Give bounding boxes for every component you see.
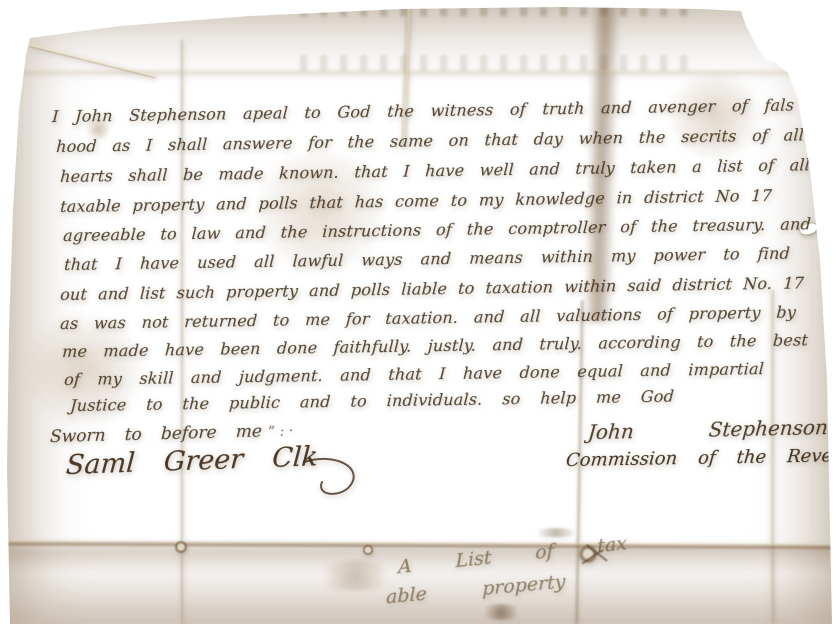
scanned-document-photo: I John Stephenson apeal to God the witne… [0, 0, 840, 624]
fold-hole [362, 544, 374, 556]
paper-stain [478, 604, 524, 620]
signature-flourish [302, 452, 374, 504]
bleedthrough-marks [300, 2, 700, 16]
paper-stain [530, 528, 582, 537]
attestation-flourish-marks: ” : · [268, 423, 309, 440]
signer-signature: John Stephenson [587, 415, 829, 444]
paper-sheet: I John Stephenson apeal to God the witne… [0, 0, 840, 624]
bleedthrough-marks [300, 55, 690, 71]
fold-hole [174, 540, 188, 554]
